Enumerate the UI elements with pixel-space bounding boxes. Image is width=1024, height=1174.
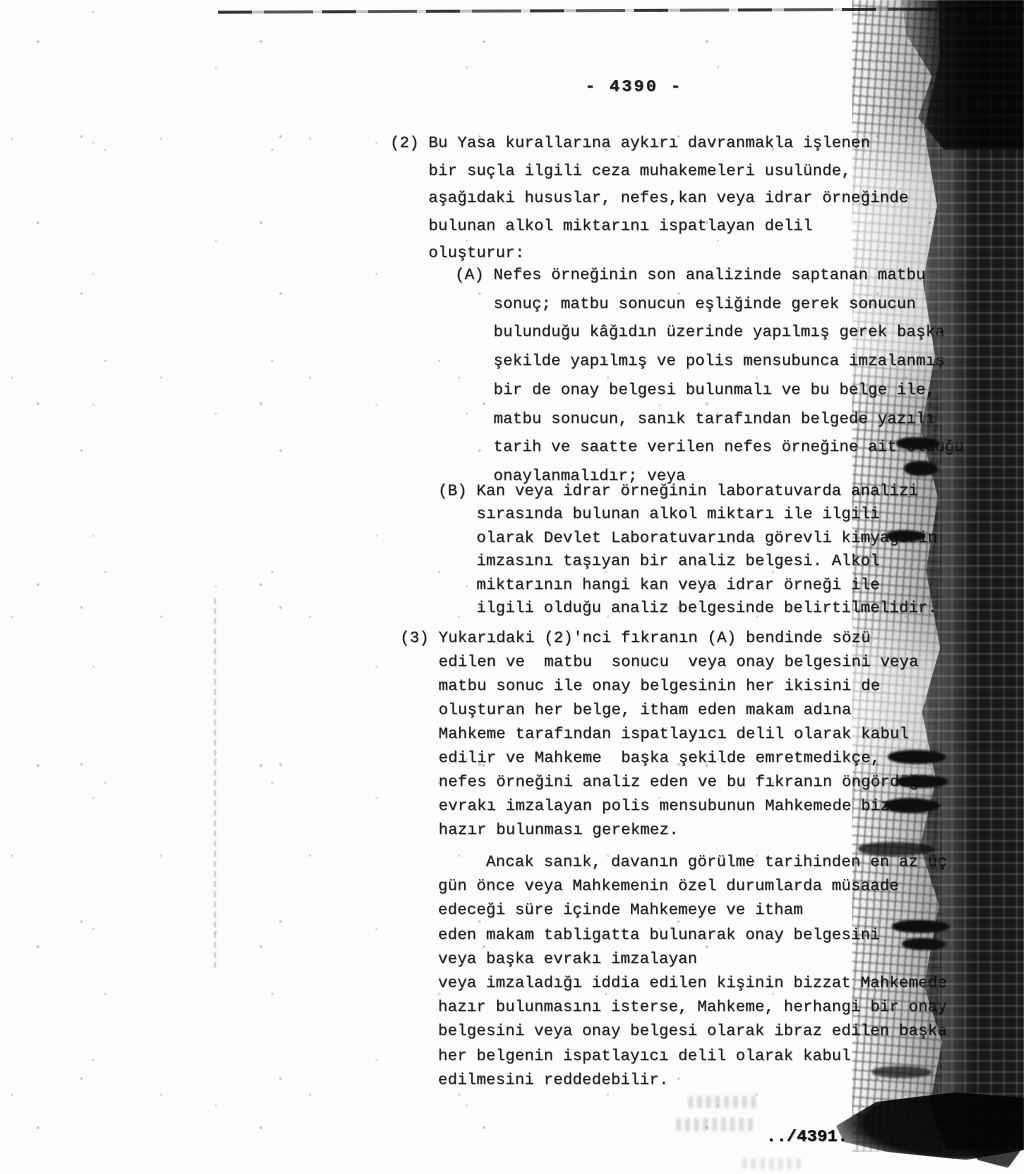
text-line: edilmesini reddedebilir. (438, 1068, 947, 1092)
text-line: olarak Devlet Laboratuvarında görevli ki… (438, 527, 937, 550)
text-line: veya başka evrakı imzalayan (438, 947, 947, 971)
paragraph-pA: (A) Nefes örneğinin son analizinde sapta… (455, 261, 964, 491)
text-line: edeceği süre içinde Mahkemeye ve itham (438, 898, 947, 922)
page-number: - 4390 - (585, 78, 683, 97)
text-line: matbu sonucun, sanık tarafından belgede … (455, 405, 964, 434)
paragraph-p3: (3) Yukarıdaki (2)'nci fıkranın (A) bend… (400, 626, 928, 842)
text-line: bulunduğu kâğıdın üzerinde yapılmış gere… (455, 318, 964, 347)
text-line: (3) Yukarıdaki (2)'nci fıkranın (A) bend… (400, 626, 928, 650)
text-line: imzasını taşıyan bir analiz belgesi. Alk… (438, 550, 937, 573)
text-line: hazır bulunmasını isterse, Mahkeme, herh… (438, 995, 947, 1019)
text-line: bir suçla ilgili ceza muhakemeleri usulü… (390, 158, 908, 186)
text-line: şekilde yapılmış ve polis mensubunca imz… (455, 347, 964, 376)
text-line: edilen ve matbu sonucu veya onay belgesi… (400, 650, 928, 674)
text-line: belgesini veya onay belgesi olarak ibraz… (438, 1019, 947, 1043)
text-line: sonuç; matbu sonucun eşliğinde gerek son… (455, 290, 964, 319)
scan-noise-band-tail (968, 1146, 1024, 1168)
text-line: oluşturan her belge, itham eden makam ad… (400, 698, 928, 722)
scanned-document-page: - 4390 - (2) Bu Yasa kurallarına aykırı … (0, 0, 1024, 1174)
text-line: Mahkeme tarafından ispatlayıcı delil ola… (400, 722, 928, 746)
scan-noise-band-bottom (836, 1092, 1024, 1160)
text-line: (2) Bu Yasa kurallarına aykırı davranmak… (390, 130, 908, 158)
left-margin-fold-line (214, 598, 216, 968)
bleed-through-mark (742, 1158, 802, 1169)
text-line: gün önce veya Mahkemenin özel durumlarda… (438, 874, 947, 898)
text-line: miktarının hangi kan veya idrar örneği i… (438, 574, 937, 597)
text-line: tarih ve saatte verilen nefes örneğine a… (455, 433, 964, 462)
bleed-through-mark (688, 1096, 760, 1108)
page-top-edge-line (218, 7, 1024, 14)
paragraph-p2: (2) Bu Yasa kurallarına aykırı davranmak… (390, 130, 908, 268)
text-line: matbu sonuc ile onay belgesinin her ikis… (400, 674, 928, 698)
text-line: nefes örneğini analiz eden ve bu fıkranı… (400, 770, 928, 794)
scan-noise-band-top (884, 0, 1024, 150)
text-line: aşağıdaki hususlar, nefes,kan veya idrar… (390, 185, 908, 213)
text-line: bulunan alkol miktarını ispatlayan delil (390, 213, 908, 241)
text-line: (A) Nefes örneğinin son analizinde sapta… (455, 261, 964, 290)
bleed-through-mark (676, 1118, 754, 1131)
text-line: veya imzaladığı iddia edilen kişinin biz… (438, 971, 947, 995)
paragraph-pB: (B) Kan veya idrar örneğinin laboratuvar… (438, 480, 937, 620)
text-line: bir de onay belgesi bulunmalı ve bu belg… (455, 376, 964, 405)
text-line: evrakı imzalayan polis mensubunun Mahkem… (400, 794, 928, 818)
paragraph-closing: Ancak sanık, davanın görülme tarihinden … (438, 850, 947, 1092)
text-line: sırasında bulunan alkol miktarı ile ilgi… (438, 503, 937, 526)
text-line: edilir ve Mahkeme başka şekilde emretmed… (400, 746, 928, 770)
text-line: eden makam tabligatta bulunarak onay bel… (438, 923, 947, 947)
text-line: her belgenin ispatlayıcı delil olarak ka… (438, 1044, 947, 1068)
text-line: Ancak sanık, davanın görülme tarihinden … (438, 850, 947, 874)
text-line: (B) Kan veya idrar örneğinin laboratuvar… (438, 480, 937, 503)
next-page-reference: ../4391. (766, 1128, 848, 1147)
text-line: hazır bulunması gerekmez. (400, 818, 928, 842)
text-line: ilgili olduğu analiz belgesinde belirtil… (438, 597, 937, 620)
